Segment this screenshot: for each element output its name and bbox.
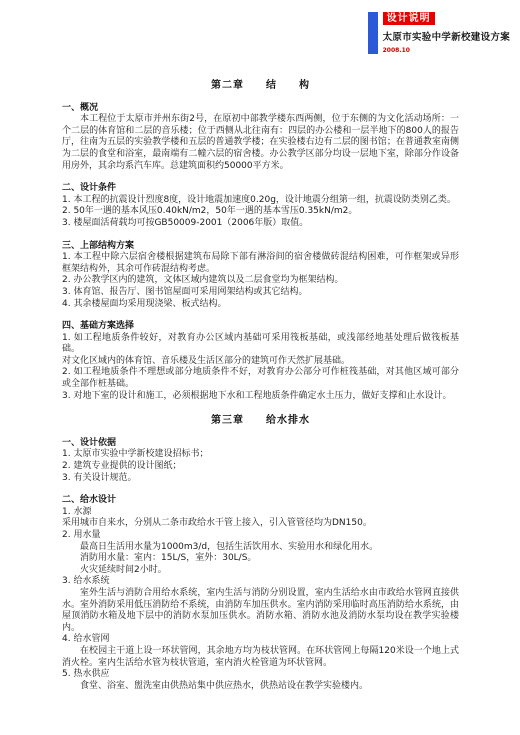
- document-content: 第二章 结 构 一、概况 本工程位于太原市并州东街2号，在原初中部教学楼东西两侧…: [62, 80, 459, 692]
- blue-accent-bar: [368, 12, 378, 54]
- section-overview: 一、概况 本工程位于太原市并州东街2号，在原初中部教学楼东西两侧，位于东侧的为文…: [62, 103, 459, 173]
- section-heading: 三、上部结构方案: [62, 241, 459, 253]
- doc-paragraph: 在校园主干道上设一环状管网，其余地方均为枝状管网。在环状管网上每隔120米设一个…: [62, 646, 459, 669]
- doc-paragraph: 3. 对地下室的设计和施工，必须根据地下水和工程地质条件确定水土压力，做好支撑和…: [62, 391, 459, 403]
- doc-paragraph: 4. 其余楼屋面均采用现浇梁、板式结构。: [62, 299, 459, 311]
- section-foundation: 四、基础方案选择 1. 如工程地质条件较好，对教育办公区域内基础可采用筏板基础，…: [62, 321, 459, 402]
- doc-paragraph: 5. 热水供应: [62, 669, 459, 681]
- doc-paragraph: 4. 给水管网: [62, 634, 459, 646]
- doc-paragraph: 1. 水源: [62, 507, 459, 519]
- doc-paragraph: 2. 50年一遇的基本风压0.40kN/m2，50年一遇的基本雪压0.35kN/…: [62, 206, 459, 218]
- doc-paragraph: 3. 体育馆、报告厅、图书馆屋面可采用网架结构或其它结构。: [62, 287, 459, 299]
- title-block-content: 设计说明 太原市实验中学新校建设方案 2008.10: [383, 12, 510, 54]
- section-water-supply-design: 二、给水设计 1. 水源 采用城市自来水，分别从二条市政给水干管上接入，引入管管…: [62, 495, 459, 692]
- doc-paragraph: 对文化区域内的体育馆、音乐楼及生活区部分的建筑可作天然扩展基础。: [62, 356, 459, 368]
- section-design-basis: 一、设计依据 1. 太原市实验中学新校建设招标书； 2. 建筑专业提供的设计图纸…: [62, 438, 459, 484]
- section-heading: 二、设计条件: [62, 183, 459, 195]
- date-label: 2008.10: [383, 47, 410, 54]
- title-block: 设计说明 太原市实验中学新校建设方案 2008.10: [368, 12, 510, 54]
- doc-paragraph: 食堂、浴室、盥洗室由供热站集中供应热水，供热站设在教学实验楼内。: [62, 681, 459, 693]
- doc-paragraph: 2. 如工程地质条件不理想或部分地质条件不好，对教育办公部分可作桩筏基础，对其他…: [62, 367, 459, 390]
- chapter-2-title: 第二章 结 构: [62, 80, 459, 92]
- section-heading: 二、给水设计: [62, 495, 459, 507]
- doc-paragraph: 2. 建筑专业提供的设计图纸；: [62, 461, 459, 473]
- doc-paragraph: 消防用水量：室内：15L/S，室外：30L/S。: [62, 553, 459, 565]
- doc-paragraph: 1. 本工程中除六层宿舍楼根据建筑布局除下部有淋浴间的宿舍楼做砖混结构困难，可作…: [62, 252, 459, 275]
- doc-paragraph: 1. 如工程地质条件较好，对教育办公区域内基础可采用筏板基础，或浅部经地基处理后…: [62, 333, 459, 356]
- doc-paragraph: 室外生活与消防合用给水系统，室内生活与消防分别设置，室内生活给水由市政给水管网直…: [62, 588, 459, 634]
- document-page: 设计说明 太原市实验中学新校建设方案 2008.10 第二章 结 构 一、概况 …: [0, 0, 520, 735]
- doc-paragraph: 3. 有关设计规范。: [62, 473, 459, 485]
- doc-paragraph: 本工程位于太原市并州东街2号，在原初中部教学楼东西两侧，位于东侧的为文化活动场所…: [62, 114, 459, 172]
- section-design-conditions: 二、设计条件 1. 本工程的抗震设计烈度8度，设计地震加速度0.20g，设计地震…: [62, 183, 459, 229]
- doc-paragraph: 采用城市自来水，分别从二条市政给水干管上接入，引入管管径均为DN150。: [62, 518, 459, 530]
- design-note-badge: 设计说明: [383, 12, 435, 25]
- section-heading: 四、基础方案选择: [62, 321, 459, 333]
- doc-paragraph: 2. 办公教学区内的建筑，文体区域内建筑以及二层食堂均为框架结构。: [62, 275, 459, 287]
- doc-paragraph: 1. 本工程的抗震设计烈度8度，设计地震加速度0.20g，设计地震分组第一组，抗…: [62, 195, 459, 207]
- doc-paragraph: 最高日生活用水量为1000m3/d，包括生活饮用水、实验用水和绿化用水。: [62, 542, 459, 554]
- project-title: 太原市实验中学新校建设方案: [383, 29, 510, 43]
- doc-paragraph: 火灾延续时间2小时。: [62, 565, 459, 577]
- chapter-3-title: 第三章 给水排水: [62, 415, 459, 427]
- doc-paragraph: 3. 给水系统: [62, 576, 459, 588]
- section-heading: 一、设计依据: [62, 438, 459, 450]
- doc-paragraph: 2. 用水量: [62, 530, 459, 542]
- section-superstructure: 三、上部结构方案 1. 本工程中除六层宿舍楼根据建筑布局除下部有淋浴间的宿舍楼做…: [62, 241, 459, 311]
- doc-paragraph: 1. 太原市实验中学新校建设招标书；: [62, 449, 459, 461]
- section-heading: 一、概况: [62, 103, 459, 115]
- doc-paragraph: 3. 楼屋面活荷载均可按GB50009-2001（2006年版）取值。: [62, 218, 459, 230]
